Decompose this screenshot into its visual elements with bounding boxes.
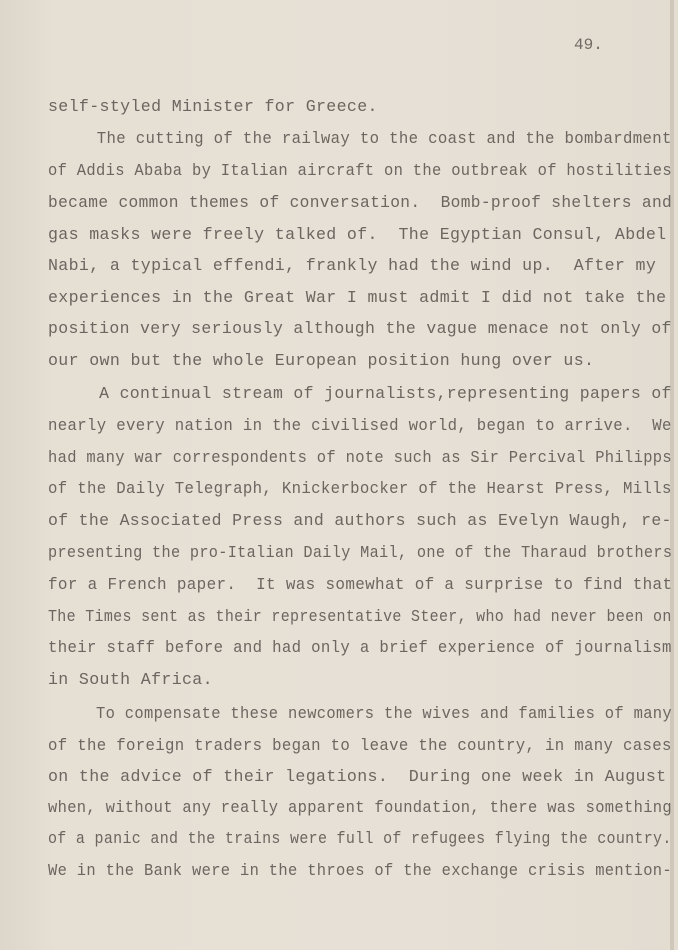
text-line: The cutting of the railway to the coast … — [48, 129, 672, 149]
text-line: experiences in the Great War I must admi… — [48, 288, 666, 308]
text-line: of the Associated Press and authors such… — [48, 511, 672, 531]
page-number: 49. — [574, 36, 603, 54]
text-line: To compensate these newcomers the wives … — [48, 704, 672, 724]
text-line: had many war correspondents of note such… — [48, 448, 672, 468]
text-line: on the advice of their legations. During… — [48, 767, 666, 787]
text-line: The Times sent as their representative S… — [48, 607, 672, 627]
text-line: We in the Bank were in the throes of the… — [48, 861, 672, 881]
typewritten-page: 49. self-styled Minister for Greece. The… — [0, 0, 674, 950]
text-line: presenting the pro-Italian Daily Mail, o… — [48, 543, 672, 563]
text-line: when, without any really apparent founda… — [48, 798, 672, 818]
text-line: Nabi, a typical effendi, frankly had the… — [48, 256, 656, 276]
text-line: self-styled Minister for Greece. — [48, 97, 378, 117]
text-line: gas masks were freely talked of. The Egy… — [48, 225, 666, 245]
text-line: our own but the whole European position … — [48, 351, 594, 371]
text-line: A continual stream of journalists,repres… — [48, 384, 672, 404]
text-line: nearly every nation in the civilised wor… — [48, 416, 672, 436]
text-line: for a French paper. It was somewhat of a… — [48, 575, 672, 595]
text-line: of a panic and the trains were full of r… — [48, 829, 672, 849]
text-line: of Addis Ababa by Italian aircraft on th… — [48, 161, 672, 181]
text-line: in South Africa. — [48, 670, 213, 690]
text-line: their staff before and had only a brief … — [48, 638, 672, 658]
text-line: of the foreign traders began to leave th… — [48, 736, 672, 756]
text-line: became common themes of conversation. Bo… — [48, 193, 672, 213]
text-line: position very seriously although the vag… — [48, 319, 672, 339]
text-line: of the Daily Telegraph, Knickerbocker of… — [48, 479, 672, 499]
